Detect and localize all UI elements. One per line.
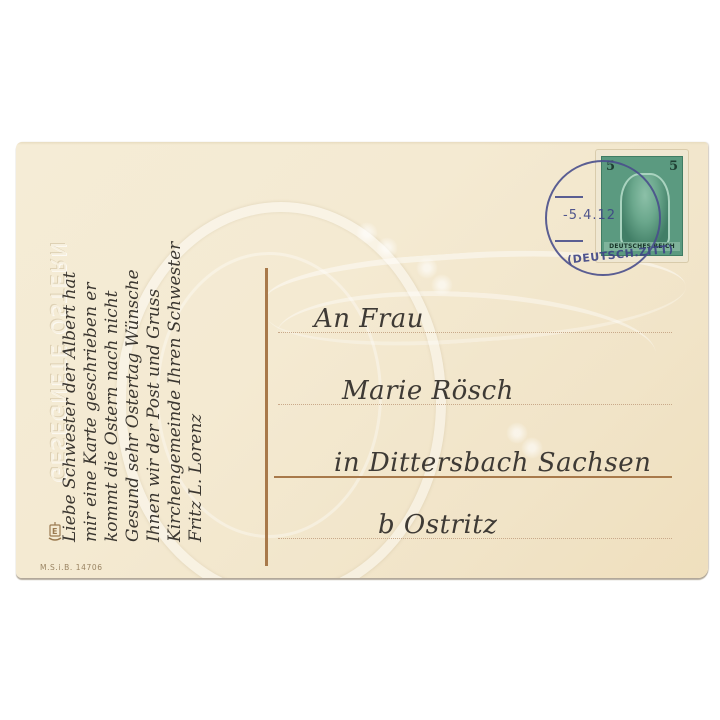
postmark-bar [555,240,583,242]
address-line-1: An Frau [314,304,424,334]
address-line-3: in Dittersbach Sachsen [334,448,651,478]
message-line: kommt die Ostern nach nicht [102,162,123,542]
postmark: -5.4.12 (DEUTSCH.ZITT) [545,160,661,276]
image-stage: GESEGNETE OSTERN E M.S.i.B. 14706 Liebe … [0,0,720,720]
message-line: Gesund sehr Ostertag Wünsche [123,162,144,542]
address-line-2: Marie Rösch [342,376,514,406]
embossed-flower-icon [431,274,453,296]
address-line-4: b Ostritz [378,510,497,540]
embossed-flower-icon [376,237,398,259]
message-line: mir eine Karte geschrieben er [81,162,102,542]
svg-text:E: E [52,527,57,536]
card-edge [16,142,708,145]
postmark-bar [555,196,583,198]
handwritten-message: Liebe Schwester der Albert hatmir eine K… [60,162,260,542]
embossed-flower-icon [356,222,378,244]
postmark-town: (DEUTSCH.ZITT) [567,242,675,266]
message-line: Kirchengemeinde Ihren Schwester [165,162,186,542]
message-line: Liebe Schwester der Albert hat [60,162,81,542]
center-divider [265,268,268,566]
message-line: Ihnen wir der Post und Gruss [144,162,165,542]
embossed-flower-icon [506,422,528,444]
postcard: GESEGNETE OSTERN E M.S.i.B. 14706 Liebe … [16,142,708,578]
stamp-denomination: 5 [669,159,678,174]
publisher-code: M.S.i.B. 14706 [40,563,103,572]
embossed-flower-icon [416,257,438,279]
postmark-date: -5.4.12 [563,208,616,223]
message-line: Fritz L. Lorenz [186,162,207,542]
